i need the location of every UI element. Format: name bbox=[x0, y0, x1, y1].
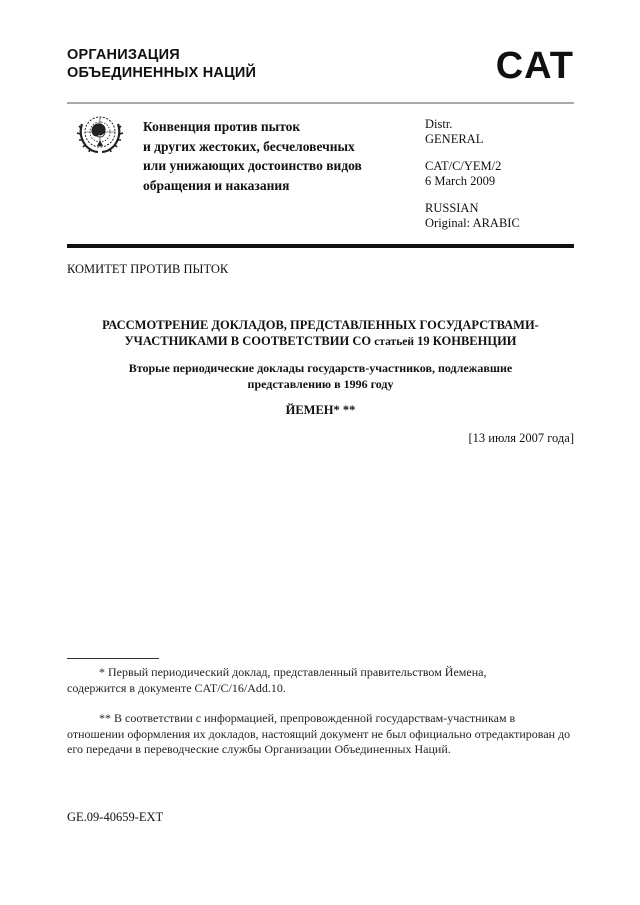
footnote-1-first-line: * Первый периодический доклад, представл… bbox=[67, 665, 577, 681]
committee-name: КОМИТЕТ ПРОТИВ ПЫТОК bbox=[67, 262, 228, 277]
organization-name: ОРГАНИЗАЦИЯ ОБЪЕДИНЕННЫХ НАЦИЙ bbox=[67, 46, 256, 82]
header-divider bbox=[67, 102, 574, 104]
title-line-2-part-b: статьей bbox=[374, 336, 414, 348]
document-symbol: CAT/C/YEM/2 bbox=[425, 159, 520, 174]
document-title: РАССМОТРЕНИЕ ДОКЛАДОВ, ПРЕДСТАВЛЕННЫХ ГО… bbox=[67, 318, 574, 350]
footnote-2: ** В соответствии с информацией, препров… bbox=[67, 711, 577, 758]
document-page: ОРГАНИЗАЦИЯ ОБЪЕДИНЕННЫХ НАЦИЙ CAT Конве… bbox=[0, 0, 640, 905]
subtitle-line-1: Вторые периодические доклады государств-… bbox=[67, 361, 574, 377]
title-line-2-part-a: УЧАСТНИКАМИ В СООТВЕТСТВИИ СО bbox=[124, 334, 374, 348]
document-metadata: Distr. GENERAL CAT/C/YEM/2 6 March 2009 … bbox=[425, 117, 520, 243]
convention-line-1: Конвенция против пыток bbox=[143, 117, 362, 137]
organization-line-1: ОРГАНИЗАЦИЯ bbox=[67, 46, 256, 64]
convention-title: Конвенция против пыток и других жестоких… bbox=[143, 117, 362, 195]
report-date: [13 июля 2007 года] bbox=[468, 431, 574, 446]
footnote-separator bbox=[67, 658, 159, 659]
convention-line-2: и других жестоких, бесчеловечных bbox=[143, 137, 362, 157]
organization-line-2: ОБЪЕДИНЕННЫХ НАЦИЙ bbox=[67, 64, 256, 82]
original-language: Original: ARABIC bbox=[425, 216, 520, 231]
distribution-value: GENERAL bbox=[425, 132, 520, 147]
document-date: 6 March 2009 bbox=[425, 174, 520, 189]
convention-line-4: обращения и наказания bbox=[143, 176, 362, 196]
un-emblem-icon bbox=[76, 110, 124, 158]
masthead-divider bbox=[67, 244, 574, 248]
document-job-number: GE.09-40659-EXT bbox=[67, 810, 163, 825]
title-line-1: РАССМОТРЕНИЕ ДОКЛАДОВ, ПРЕДСТАВЛЕННЫХ ГО… bbox=[67, 318, 574, 334]
distribution-label: Distr. bbox=[425, 117, 520, 132]
document-series-symbol: CAT bbox=[496, 44, 574, 88]
subtitle-line-2: представлению в 1996 году bbox=[67, 377, 574, 393]
convention-line-3: или унижающих достоинство видов bbox=[143, 156, 362, 176]
title-line-2-part-c: 19 КОНВЕНЦИИ bbox=[414, 334, 517, 348]
footnote-2-body: отношении оформления их докладов, настоя… bbox=[67, 727, 577, 758]
document-subtitle: Вторые периодические доклады государств-… bbox=[67, 361, 574, 392]
footnote-2-first-line: ** В соответствии с информацией, препров… bbox=[67, 711, 577, 727]
footnote-1: * Первый периодический доклад, представл… bbox=[67, 665, 577, 696]
document-language: RUSSIAN bbox=[425, 201, 520, 216]
title-line-2: УЧАСТНИКАМИ В СООТВЕТСТВИИ СО статьей 19… bbox=[67, 334, 574, 351]
country-name: ЙЕМЕН* ** bbox=[67, 403, 574, 418]
footnote-1-body: содержится в документе CAT/C/16/Add.10. bbox=[67, 681, 577, 697]
